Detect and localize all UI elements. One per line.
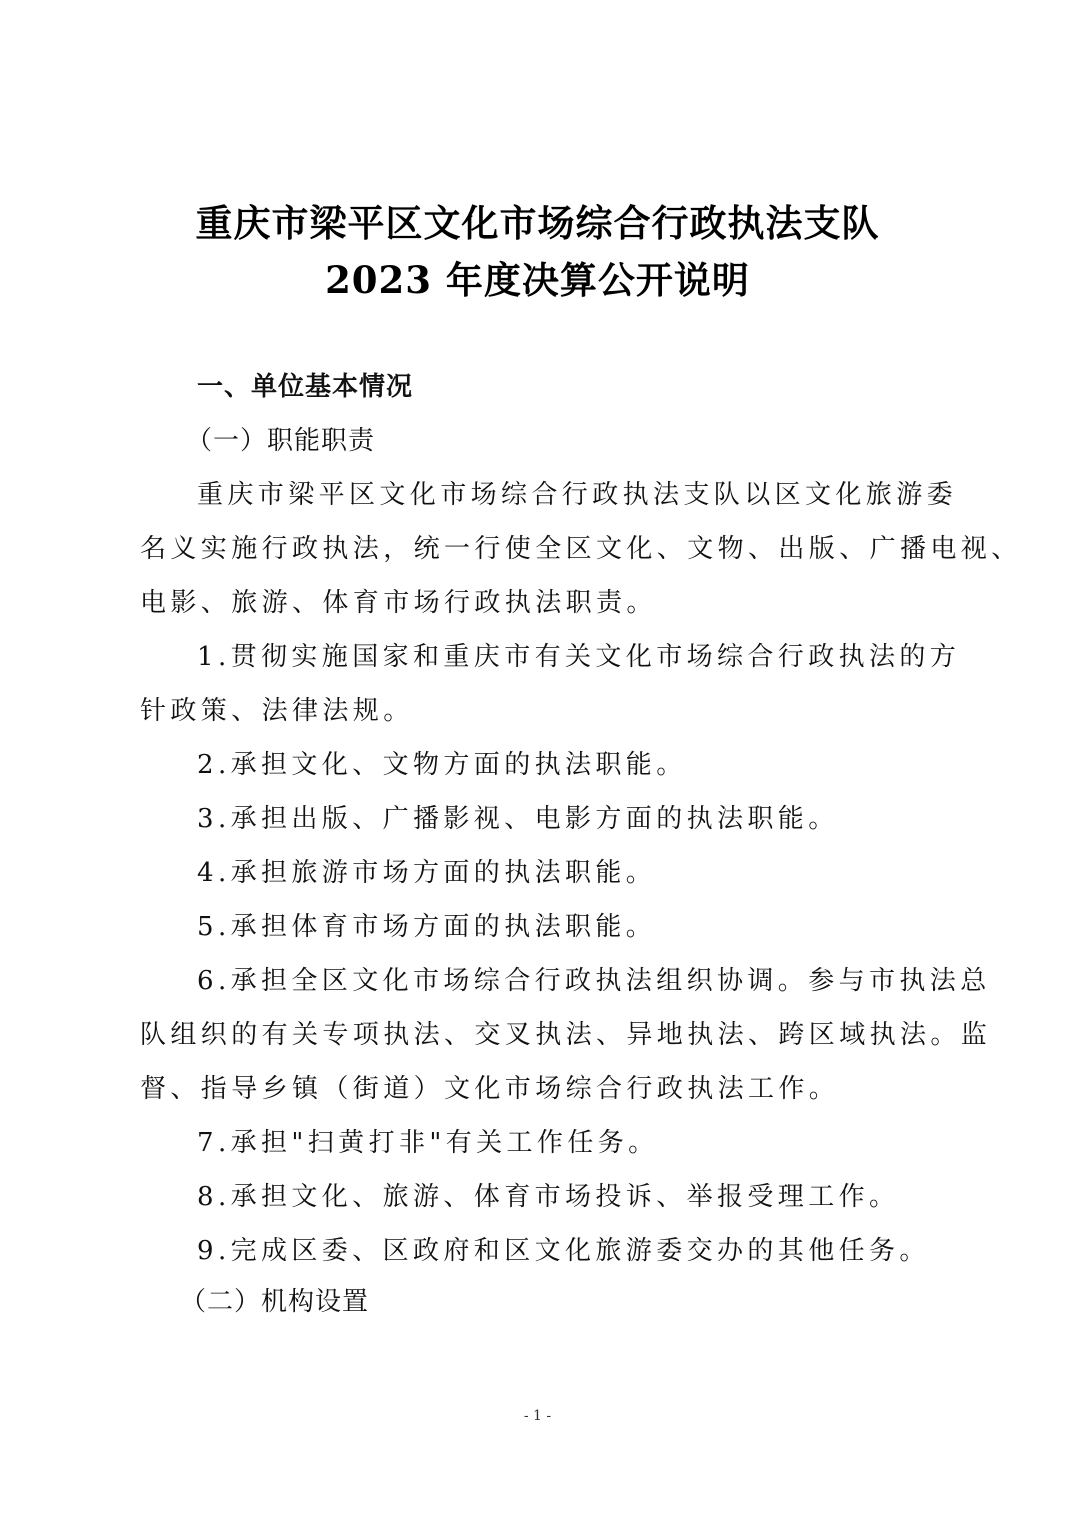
duty-item-5: 5.承担体育市场方面的执法职能。 — [197, 906, 656, 943]
duty-item-2: 2.承担文化、文物方面的执法职能。 — [197, 744, 687, 781]
intro-paragraph-line: 名义实施行政执法，统一行使全区文化、文物、出版、广播电视、 — [140, 528, 1022, 565]
duty-item-1-cont: 针政策、法律法规。 — [140, 690, 414, 727]
document-title-line2: 2023 年度决算公开说明 — [0, 250, 1075, 304]
subsection-heading-org-structure: （二）机构设置 — [180, 1281, 369, 1318]
duty-item-9: 9.完成区委、区政府和区文化旅游委交办的其他任务。 — [197, 1230, 930, 1267]
duty-item-7: 7.承担"扫黄打非"有关工作任务。 — [197, 1122, 659, 1159]
duty-item-6-cont2: 督、指导乡镇（街道）文化市场综合行政执法工作。 — [140, 1068, 839, 1105]
duty-item-4: 4.承担旅游市场方面的执法职能。 — [197, 852, 656, 889]
duty-item-1: 1.贯彻实施国家和重庆市有关文化市场综合行政执法的方 — [197, 636, 960, 673]
duty-item-3: 3.承担出版、广播影视、电影方面的执法职能。 — [197, 798, 839, 835]
intro-paragraph-line: 电影、旅游、体育市场行政执法职责。 — [140, 582, 657, 619]
page-number: - 1 - — [0, 1408, 1075, 1424]
duty-item-6: 6.承担全区文化市场综合行政执法组织协调。参与市执法总 — [197, 960, 991, 997]
duty-item-6-cont: 队组织的有关专项执法、交叉执法、异地执法、跨区域执法。监 — [140, 1014, 991, 1051]
duty-item-8: 8.承担文化、旅游、体育市场投诉、举报受理工作。 — [197, 1176, 899, 1213]
section-heading-basic-info: 一、单位基本情况 — [197, 366, 413, 403]
subsection-heading-duties: （一）职能职责 — [186, 420, 375, 457]
document-title-line1: 重庆市梁平区文化市场综合行政执法支队 — [0, 193, 1075, 247]
intro-paragraph-line: 重庆市梁平区文化市场综合行政执法支队以区文化旅游委 — [197, 474, 957, 511]
